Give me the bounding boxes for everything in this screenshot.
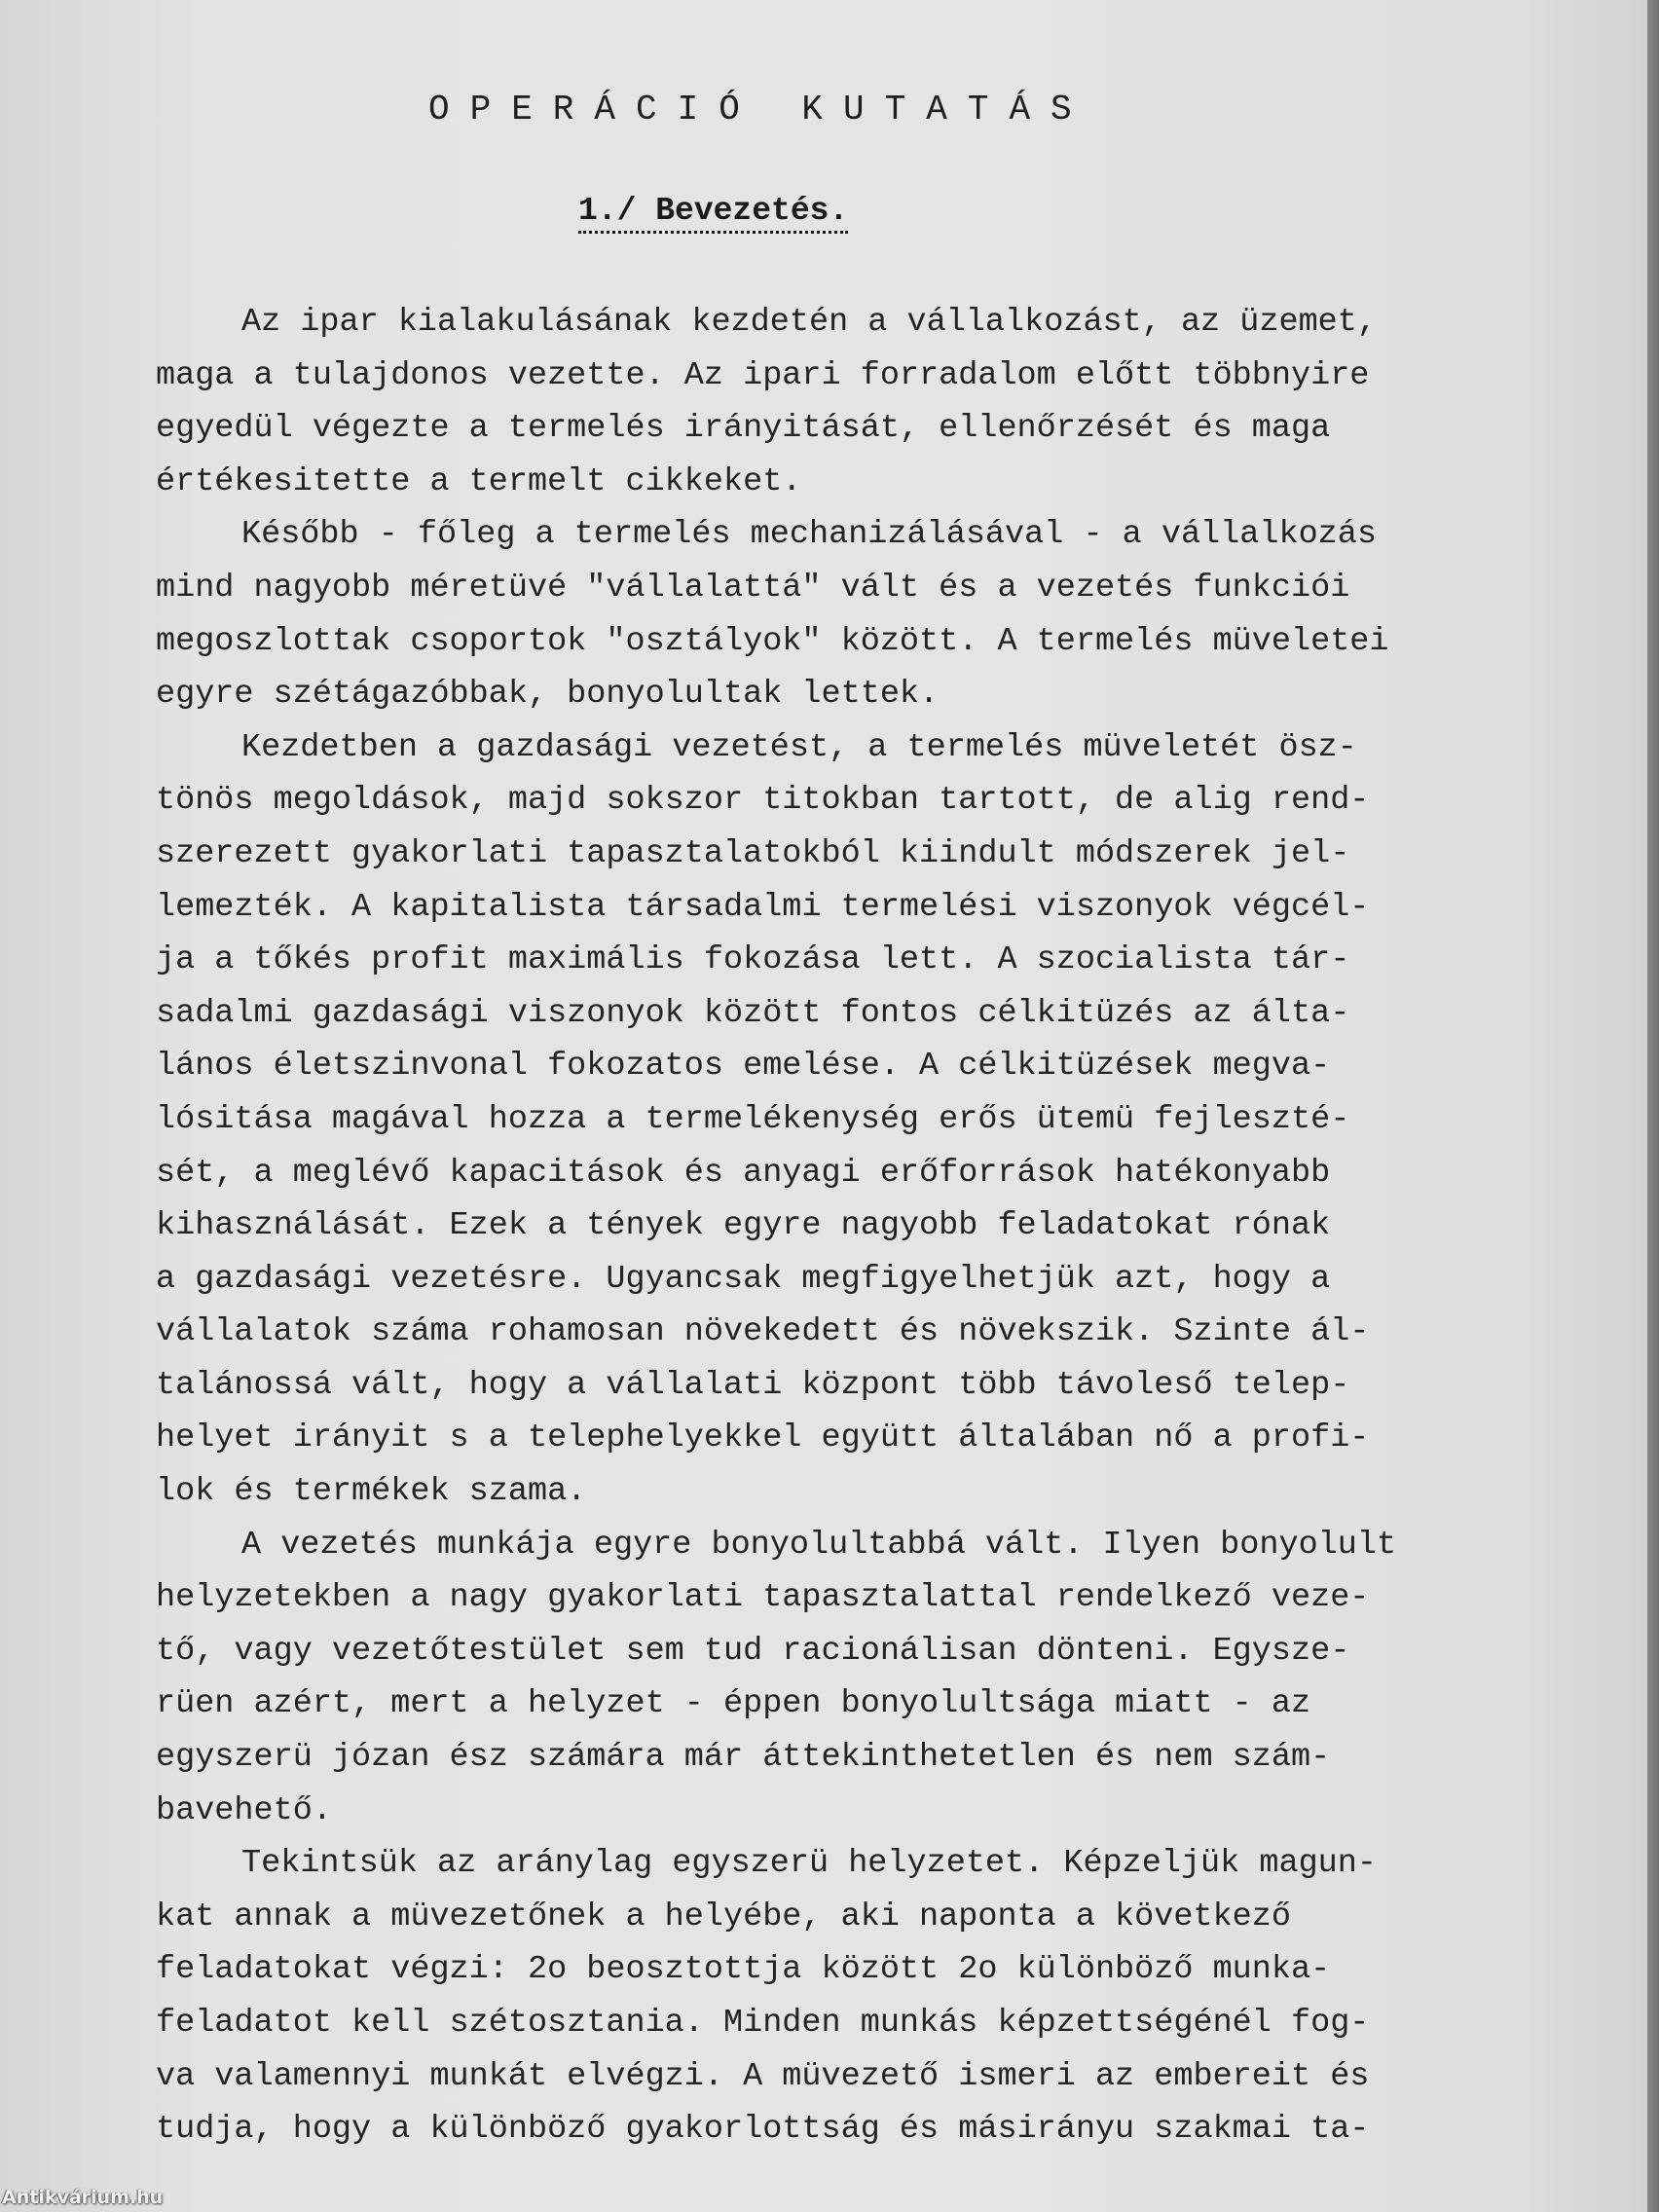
text-line: szerezett gyakorlati tapasztalatokból ki… [156,828,1519,881]
text-line: bavehető. [156,1785,1519,1838]
document-title: OPERÁCIÓ KUTATÁS [428,90,1092,129]
typewritten-page: OPERÁCIÓ KUTATÁS 1./ Bevezetés. Az ipar … [0,0,1647,2212]
text-line: kat annak a müvezetőnek a helyébe, aki n… [156,1891,1519,1944]
text-line: feladatokat végzi: 2o beosztottja között… [156,1943,1519,1997]
text-line: Később - főleg a termelés mechanizálásáv… [156,508,1519,562]
text-line: lemezték. A kapitalista társadalmi terme… [156,881,1519,935]
paragraph: Kezdetben a gazdasági vezetést, a termel… [156,721,1519,1519]
text-line: rüen azért, mert a helyzet - éppen bonyo… [156,1677,1519,1731]
text-line: mind nagyobb méretüvé "vállalattá" vált … [156,562,1519,615]
watermark-logo: Antikvárium.hu [2,2187,163,2208]
paragraph: Később - főleg a termelés mechanizálásáv… [156,508,1519,720]
text-line: tő, vagy vezetőtestület sem tud racionál… [156,1625,1519,1678]
text-line: ja a tőkés profit maximális fokozása let… [156,934,1519,987]
text-line: lok és termékek szama. [156,1465,1519,1519]
text-line: kihasználását. Ezek a tények egyre nagyo… [156,1199,1519,1253]
page-edge-shadow [1647,0,1659,2212]
text-line: va valamennyi munkát elvégzi. A müvezető… [156,2050,1519,2104]
text-line: Az ipar kialakulásának kezdetén a vállal… [156,296,1519,350]
text-line: helyzetekben a nagy gyakorlati tapasztal… [156,1571,1519,1625]
text-line: feladatot kell szétosztania. Minden munk… [156,1997,1519,2050]
document-body: Az ipar kialakulásának kezdetén a vállal… [156,296,1519,2157]
text-line: tönös megoldások, majd sokszor titokban … [156,774,1519,828]
text-line: lános életszinvonal fokozatos emelése. A… [156,1040,1519,1093]
text-line: a gazdasági vezetésre. Ugyancsak megfigy… [156,1253,1519,1307]
paragraph: Az ipar kialakulásának kezdetén a vállal… [156,296,1519,508]
text-line: vállalatok száma rohamosan növekedett és… [156,1306,1519,1359]
text-line: A vezetés munkája egyre bonyolultabbá vá… [156,1519,1519,1572]
text-line: egyedül végezte a termelés irányitását, … [156,402,1519,456]
text-line: sadalmi gazdasági viszonyok között fonto… [156,987,1519,1041]
section-heading: 1./ Bevezetés. [578,193,848,234]
text-line: értékesitette a termelt cikkeket. [156,456,1519,509]
text-line: megoszlottak csoportok "osztályok" közöt… [156,615,1519,669]
text-line: Tekintsük az aránylag egyszerü helyzetet… [156,1837,1519,1891]
paragraph: Tekintsük az aránylag egyszerü helyzetet… [156,1837,1519,2157]
text-line: lósitása magával hozza a termelékenység … [156,1093,1519,1147]
text-line: helyet irányit s a telephelyekkel együtt… [156,1412,1519,1465]
paragraph: A vezetés munkája egyre bonyolultabbá vá… [156,1519,1519,1838]
text-line: egyre szétágazóbbak, bonyolultak lettek. [156,668,1519,721]
text-line: talánossá vált, hogy a vállalati központ… [156,1359,1519,1413]
text-line: Kezdetben a gazdasági vezetést, a termel… [156,721,1519,775]
text-line: maga a tulajdonos vezette. Az ipari forr… [156,350,1519,403]
text-line: sét, a meglévő kapacitások és anyagi erő… [156,1147,1519,1200]
text-line: tudja, hogy a különböző gyakorlottság és… [156,2103,1519,2157]
text-line: egyszerü józan ész számára már áttekinth… [156,1731,1519,1785]
